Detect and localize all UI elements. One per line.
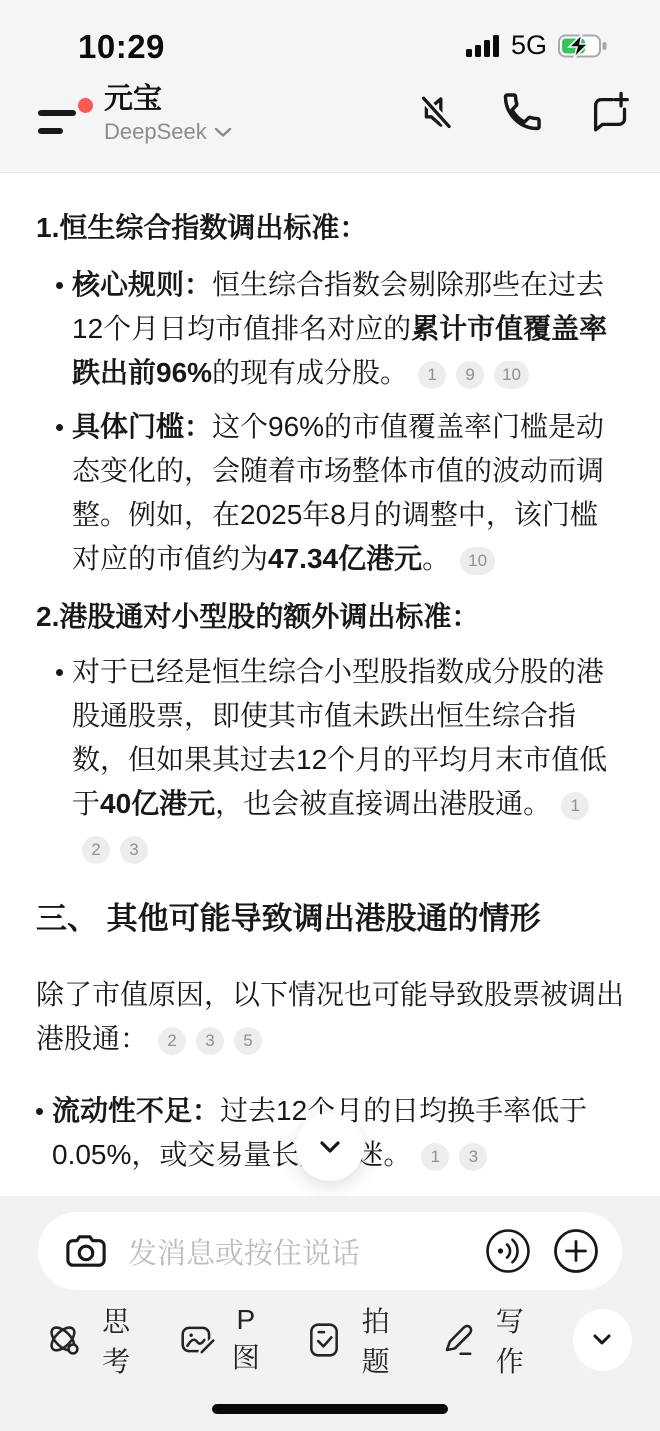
camera-button[interactable]: [64, 1232, 108, 1270]
citation-badge[interactable]: 2: [82, 836, 110, 864]
citation-badge[interactable]: 1: [418, 361, 446, 389]
section3-heading: 三、 其他可能导致调出港股通的情形: [36, 895, 624, 943]
model-name: DeepSeek: [104, 119, 207, 145]
list-item: 核心规则：恒生综合指数会剔除那些在过去12个月日均市值排名对应的累计市值覆盖率跌…: [36, 263, 624, 395]
citation-badge[interactable]: 3: [196, 1027, 224, 1055]
tool-snap-question-button[interactable]: 拍题: [305, 1300, 401, 1380]
tool-label: 拍题: [351, 1300, 401, 1380]
bullet-dot: [56, 405, 72, 581]
mute-voice-button[interactable]: [414, 90, 458, 134]
camera-icon: [64, 1232, 108, 1270]
notification-dot: [78, 98, 93, 113]
citation-badge[interactable]: 10: [460, 547, 495, 575]
citation-badge[interactable]: 9: [456, 361, 484, 389]
voice-mode-button[interactable]: [484, 1227, 532, 1275]
page-title: 元宝: [104, 82, 232, 116]
new-chat-button[interactable]: [586, 90, 630, 134]
status-time: 10:29: [78, 28, 165, 66]
pencil-icon: [439, 1321, 477, 1359]
citation-badge[interactable]: 2: [158, 1027, 186, 1055]
section3-intro: 除了市值原因，以下情况也可能导致股票被调出港股通：235: [36, 973, 624, 1061]
tool-writing-button[interactable]: 写作: [439, 1300, 535, 1380]
citation-badge[interactable]: 3: [459, 1143, 487, 1171]
chevron-down-icon: [214, 126, 232, 138]
plus-circle-icon: [552, 1227, 600, 1275]
message-input[interactable]: 发消息或按住说话: [128, 1231, 484, 1272]
home-indicator[interactable]: [212, 1404, 448, 1414]
phone-icon: [500, 90, 544, 134]
model-selector[interactable]: DeepSeek: [104, 119, 232, 145]
composer-panel: 发消息或按住说话: [0, 1196, 660, 1431]
cell-signal-icon: [466, 34, 500, 58]
citation-badge[interactable]: 10: [494, 361, 529, 389]
bullet-text: 对于已经是恒生综合小型股指数成分股的港股通股票，即使其市值未跌出恒生综合指数，但…: [72, 650, 624, 870]
status-and-header: 10:29 5G: [0, 0, 660, 173]
menu-button[interactable]: [38, 98, 96, 148]
section1-heading: 1.恒生综合指数调出标准：: [36, 206, 624, 250]
voice-call-button[interactable]: [500, 90, 544, 134]
bullet-text: 核心规则：恒生综合指数会剔除那些在过去12个月日均市值排名对应的累计市值覆盖率跌…: [72, 263, 624, 395]
tool-label: 思考: [91, 1300, 141, 1380]
bullet-dot: [56, 650, 72, 870]
citation-badge[interactable]: 1: [561, 792, 589, 820]
collapse-toolbar-button[interactable]: [573, 1309, 632, 1371]
voice-wave-icon: [484, 1227, 532, 1275]
section2-heading: 2.港股通对小型股的额外调出标准：: [36, 595, 624, 639]
tool-image-edit-button[interactable]: P图: [179, 1304, 266, 1376]
menu-icon: [38, 110, 76, 116]
image-edit-icon: [179, 1321, 217, 1359]
tool-think-button[interactable]: 思考: [45, 1300, 141, 1380]
battery-charging-icon: [558, 34, 608, 58]
think-atom-icon: [45, 1321, 83, 1359]
speaker-muted-icon: [414, 90, 458, 134]
chevron-down-icon: [588, 1329, 616, 1351]
chevron-down-icon: [313, 1132, 347, 1162]
network-label: 5G: [511, 30, 547, 61]
bullet-text: 具体门槛：这个96%的市值覆盖率门槛是动态变化的，会随着市场整体市值的波动而调整…: [72, 405, 624, 581]
citation-badge[interactable]: 3: [120, 836, 148, 864]
quick-actions-toolbar: 思考 P图 拍题: [45, 1306, 632, 1374]
status-bar: 10:29 5G: [0, 20, 660, 68]
scroll-to-bottom-button[interactable]: [296, 1113, 364, 1181]
citation-badge[interactable]: 1: [421, 1143, 449, 1171]
chat-header: 元宝 DeepSeek: [0, 82, 660, 170]
list-item: 具体门槛：这个96%的市值覆盖率门槛是动态变化的，会随着市场整体市值的波动而调整…: [36, 405, 624, 581]
citation-badge[interactable]: 5: [234, 1027, 262, 1055]
tool-label: P图: [225, 1304, 266, 1376]
scan-check-icon: [305, 1321, 343, 1359]
bullet-dot: [36, 1089, 52, 1177]
add-attachment-button[interactable]: [552, 1227, 600, 1275]
list-item: 对于已经是恒生综合小型股指数成分股的港股通股票，即使其市值未跌出恒生综合指数，但…: [36, 650, 624, 870]
message-input-bar[interactable]: 发消息或按住说话: [38, 1212, 622, 1290]
title-block: 元宝 DeepSeek: [104, 82, 232, 145]
new-chat-icon: [586, 90, 630, 134]
bullet-dot: [56, 263, 72, 395]
tool-label: 写作: [485, 1300, 535, 1380]
